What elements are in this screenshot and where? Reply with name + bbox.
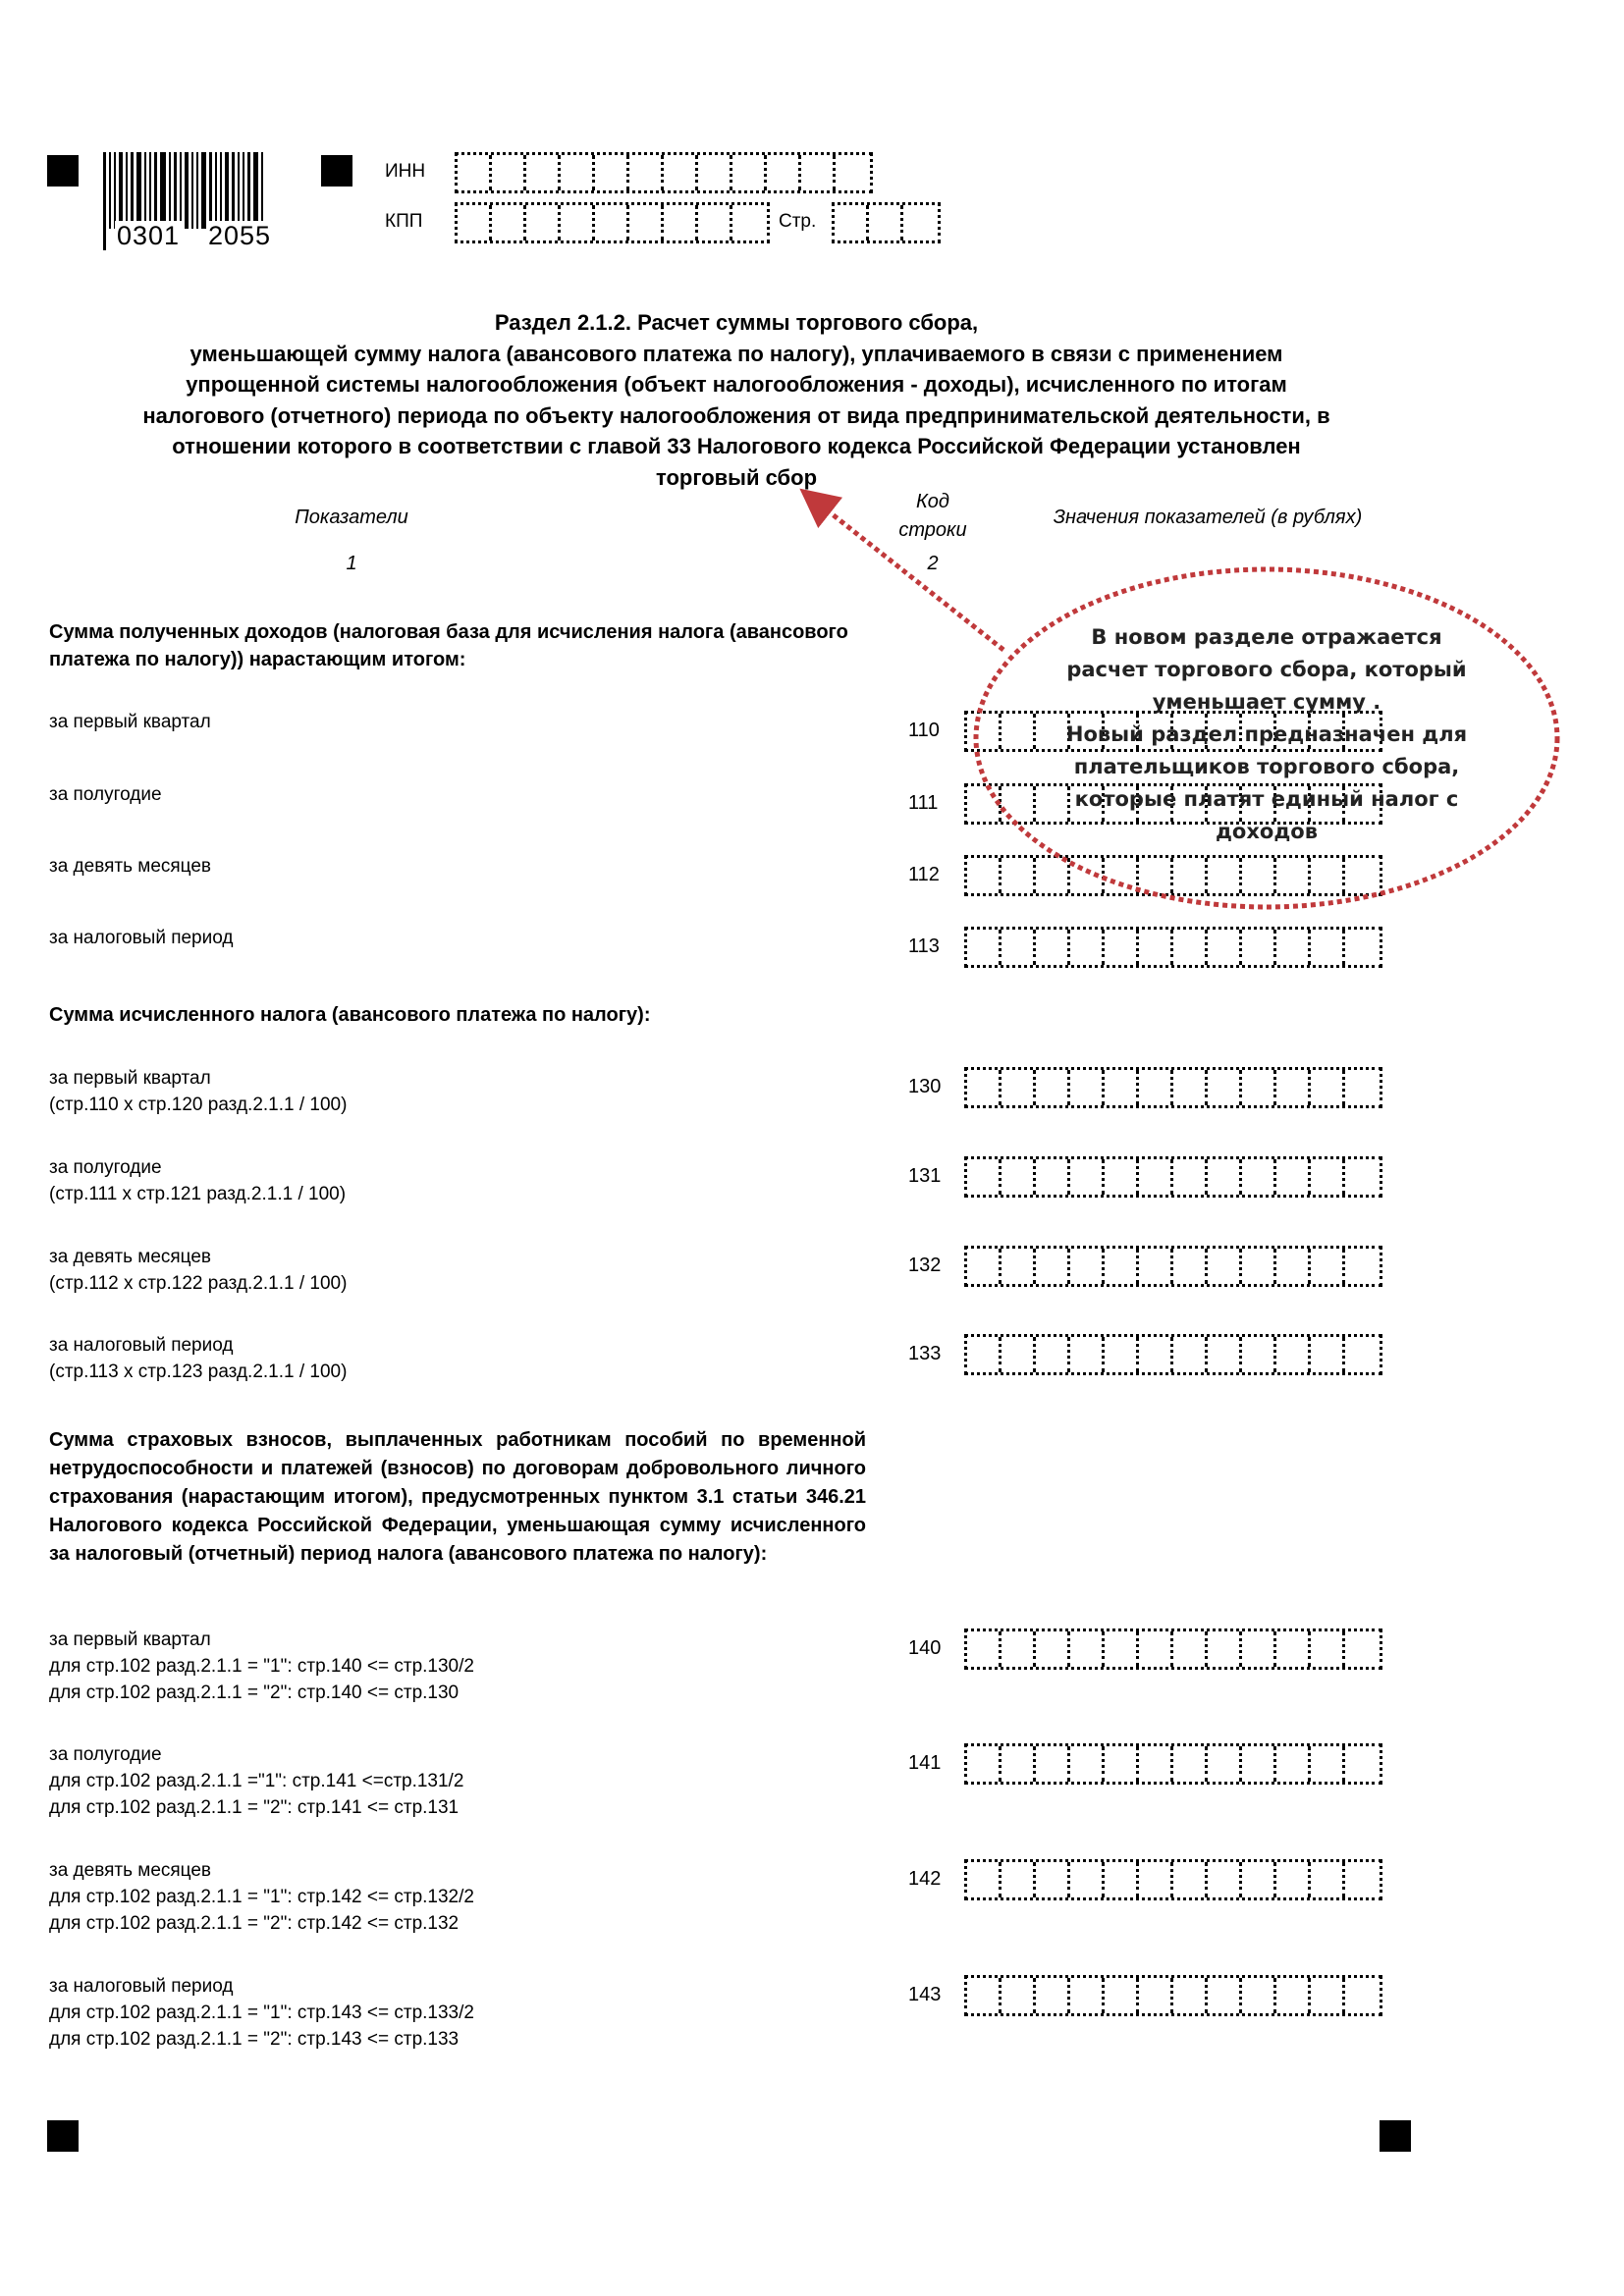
row-code: 140 (908, 1637, 962, 1660)
digit-cell[interactable] (1311, 1631, 1345, 1667)
digit-cell[interactable] (1070, 930, 1105, 965)
digit-cell[interactable] (1276, 1978, 1311, 2013)
row-formula: для стр.102 разд.2.1.1 = "2": стр.141 <=… (49, 1794, 463, 1821)
digit-cell[interactable] (1345, 1249, 1380, 1284)
row-formula: для стр.102 разд.2.1.1 ="1": стр.141 <=с… (49, 1768, 463, 1794)
digit-cell[interactable] (967, 1337, 1001, 1372)
value-field-140[interactable] (964, 1629, 1382, 1670)
value-field-132[interactable] (964, 1246, 1382, 1287)
digit-cell[interactable] (767, 155, 801, 190)
digit-cell[interactable] (967, 1249, 1001, 1284)
digit-cell[interactable] (561, 205, 595, 240)
row-formula: (стр.110 x стр.120 разд.2.1.1 / 100) (49, 1092, 347, 1118)
barcode-number-left: 0301 (115, 221, 182, 250)
digit-cell[interactable] (1345, 1978, 1380, 2013)
row-label: за налоговый периоддля стр.102 разд.2.1.… (49, 1973, 474, 2053)
digit-cell[interactable] (1036, 1070, 1070, 1105)
digit-cell[interactable] (1105, 1631, 1139, 1667)
digit-cell[interactable] (967, 1159, 1001, 1195)
digit-cell[interactable] (1001, 1631, 1036, 1667)
digit-cell[interactable] (1036, 1631, 1070, 1667)
barcode-bar (253, 152, 258, 229)
row-label: за первый квартал(стр.110 x стр.120 разд… (49, 1065, 347, 1118)
callout-line: расчет торгового сбора, который (1046, 654, 1488, 686)
digit-cell[interactable] (1345, 858, 1380, 893)
barcode-bar (144, 152, 146, 229)
row-period: за первый квартал (49, 709, 211, 735)
row-code: 113 (908, 935, 962, 958)
digit-cell[interactable] (526, 155, 561, 190)
barcode-bar (169, 152, 171, 229)
row-formula: для стр.102 разд.2.1.1 = "2": стр.140 <=… (49, 1680, 474, 1706)
row-label: за девять месяцевдля стр.102 разд.2.1.1 … (49, 1857, 474, 1937)
digit-cell[interactable] (967, 1631, 1001, 1667)
digit-cell[interactable] (1139, 1159, 1173, 1195)
digit-cell[interactable] (1139, 1746, 1173, 1782)
digit-cell[interactable] (835, 205, 869, 240)
digit-cell[interactable] (1173, 1746, 1208, 1782)
digit-cell[interactable] (1001, 858, 1036, 893)
barcode-bar (225, 152, 229, 229)
value-field-113[interactable] (964, 927, 1382, 968)
digit-cell[interactable] (1345, 1159, 1380, 1195)
row-code: 141 (908, 1752, 962, 1775)
digit-cell[interactable] (526, 205, 561, 240)
digit-cell[interactable] (492, 205, 526, 240)
column-number-2: 2 (884, 553, 982, 575)
digit-cell[interactable] (1070, 858, 1105, 893)
row-code: 142 (908, 1868, 962, 1891)
digit-cell[interactable] (1105, 1978, 1139, 2013)
row-formula: (стр.111 x стр.121 разд.2.1.1 / 100) (49, 1181, 346, 1207)
digit-cell[interactable] (903, 205, 938, 240)
row-code: 133 (908, 1343, 962, 1365)
row-label: за первый кварталдля стр.102 разд.2.1.1 … (49, 1627, 474, 1706)
digit-cell[interactable] (595, 205, 629, 240)
digit-cell[interactable] (698, 155, 732, 190)
digit-cell[interactable] (1070, 1862, 1105, 1897)
digit-cell[interactable] (1173, 1862, 1208, 1897)
digit-cell[interactable] (1311, 1249, 1345, 1284)
digit-cell[interactable] (1311, 1746, 1345, 1782)
callout-line: уменьшает сумму . (1046, 686, 1488, 719)
digit-cell[interactable] (1242, 1746, 1276, 1782)
digit-cell[interactable] (1070, 1746, 1105, 1782)
digit-cell[interactable] (1070, 1070, 1105, 1105)
row-code: 111 (908, 792, 962, 815)
digit-cell[interactable] (1276, 1631, 1311, 1667)
barcode-bar (201, 152, 206, 229)
digit-cell[interactable] (1276, 1070, 1311, 1105)
digit-cell[interactable] (1001, 1746, 1036, 1782)
row-label: за налоговый период(стр.113 x стр.123 ра… (49, 1332, 347, 1385)
digit-cell[interactable] (1242, 858, 1276, 893)
column-header-code-line1: Код (884, 491, 982, 513)
digit-cell[interactable] (967, 1978, 1001, 2013)
row-period: за налоговый период (49, 925, 233, 951)
digit-cell[interactable] (458, 155, 492, 190)
digit-cell[interactable] (1105, 1337, 1139, 1372)
row-code: 132 (908, 1255, 962, 1277)
row-code: 110 (908, 720, 962, 742)
callout-line: доходов (1046, 816, 1488, 848)
page-label: Стр. (779, 211, 816, 233)
row-label: за полугодиедля стр.102 разд.2.1.1 ="1":… (49, 1741, 463, 1821)
row-period: за налоговый период (49, 1973, 474, 2000)
column-number-1: 1 (253, 553, 450, 575)
digit-cell[interactable] (967, 714, 1001, 749)
alignment-marker-top-left (47, 155, 79, 187)
digit-cell[interactable] (1311, 858, 1345, 893)
barcode-bar (149, 152, 151, 229)
digit-cell[interactable] (869, 205, 903, 240)
digit-cell[interactable] (1105, 858, 1139, 893)
digit-cell[interactable] (1070, 1978, 1105, 2013)
digit-cell[interactable] (1001, 1070, 1036, 1105)
barcode: 0301 2055 (103, 152, 292, 250)
row-label: за налоговый период (49, 925, 233, 951)
digit-cell[interactable] (1242, 1337, 1276, 1372)
digit-cell[interactable] (1105, 1746, 1139, 1782)
digit-cell[interactable] (1173, 1978, 1208, 2013)
callout-line: В новом разделе отражается (1046, 621, 1488, 654)
digit-cell[interactable] (1276, 1337, 1311, 1372)
digit-cell[interactable] (1208, 858, 1242, 893)
digit-cell[interactable] (1311, 930, 1345, 965)
section-title: Раздел 2.1.2. Расчет суммы торгового сбо… (59, 307, 1414, 493)
value-field-143[interactable] (964, 1975, 1382, 2016)
title-line: Раздел 2.1.2. Расчет суммы торгового сбо… (59, 307, 1414, 339)
digit-cell[interactable] (1345, 1862, 1380, 1897)
digit-cell[interactable] (1345, 1746, 1380, 1782)
barcode-bar (119, 152, 123, 229)
barcode-bar (215, 152, 217, 229)
digit-cell[interactable] (1139, 1249, 1173, 1284)
barcode-bar (114, 152, 116, 229)
digit-cell[interactable] (1105, 1159, 1139, 1195)
value-field-131[interactable] (964, 1156, 1382, 1198)
barcode-number-right: 2055 (206, 221, 273, 250)
row-period: за первый квартал (49, 1065, 347, 1092)
digit-cell[interactable] (561, 155, 595, 190)
row-formula: для стр.102 разд.2.1.1 = "1": стр.142 <=… (49, 1884, 474, 1910)
row-code: 112 (908, 864, 962, 886)
row-period: за полугодие (49, 1154, 346, 1181)
digit-cell[interactable] (1242, 1070, 1276, 1105)
digit-cell[interactable] (1208, 1746, 1242, 1782)
value-field-142[interactable] (964, 1859, 1382, 1900)
digit-cell[interactable] (1242, 1862, 1276, 1897)
barcode-bar (209, 152, 212, 229)
row-code: 143 (908, 1984, 962, 2006)
row-formula: для стр.102 разд.2.1.1 = "1": стр.140 <=… (49, 1653, 474, 1680)
barcode-bar (103, 152, 106, 250)
row-formula: для стр.102 разд.2.1.1 = "2": стр.143 <=… (49, 2026, 474, 2053)
digit-cell[interactable] (1242, 1159, 1276, 1195)
alignment-marker-bottom-left (47, 2120, 79, 2152)
digit-cell[interactable] (1173, 1337, 1208, 1372)
digit-cell[interactable] (1001, 1978, 1036, 2013)
digit-cell[interactable] (698, 205, 732, 240)
row-period: за девять месяцев (49, 853, 211, 880)
digit-cell[interactable] (1001, 1862, 1036, 1897)
alignment-marker-bottom-right (1380, 2120, 1411, 2152)
title-line: налогового (отчетного) периода по объект… (59, 400, 1414, 432)
digit-cell[interactable] (1036, 1862, 1070, 1897)
row-period: за девять месяцев (49, 1244, 347, 1270)
digit-cell[interactable] (595, 155, 629, 190)
digit-cell[interactable] (1070, 1631, 1105, 1667)
value-field-112[interactable] (964, 855, 1382, 896)
row-label: за полугодие (49, 781, 162, 808)
digit-cell[interactable] (1105, 1249, 1139, 1284)
row-label: за полугодие(стр.111 x стр.121 разд.2.1.… (49, 1154, 346, 1207)
callout-line: плательщиков торгового сбора, (1046, 751, 1488, 783)
barcode-bar (243, 152, 244, 229)
digit-cell[interactable] (967, 1746, 1001, 1782)
digit-cell[interactable] (1070, 1159, 1105, 1195)
alignment-marker-top-center (321, 155, 352, 187)
digit-cell[interactable] (1139, 1978, 1173, 2013)
digit-cell[interactable] (1105, 930, 1139, 965)
digit-cell[interactable] (1173, 1070, 1208, 1105)
digit-cell[interactable] (1070, 1337, 1105, 1372)
digit-cell[interactable] (732, 205, 767, 240)
digit-cell[interactable] (1001, 714, 1036, 749)
value-field-141[interactable] (964, 1743, 1382, 1785)
section-heading: Сумма страховых взносов, выплаченных раб… (49, 1426, 866, 1569)
digit-cell[interactable] (836, 155, 870, 190)
title-line: торговый сбор (59, 462, 1414, 494)
digit-cell[interactable] (967, 1862, 1001, 1897)
digit-cell[interactable] (1276, 930, 1311, 965)
digit-cell[interactable] (629, 205, 664, 240)
row-formula: для стр.102 разд.2.1.1 = "1": стр.143 <=… (49, 2000, 474, 2026)
digit-cell[interactable] (664, 205, 698, 240)
callout-line: которые платят единый налог с (1046, 783, 1488, 816)
digit-cell[interactable] (1242, 1978, 1276, 2013)
digit-cell[interactable] (1036, 1978, 1070, 2013)
barcode-bar (191, 152, 193, 229)
row-period: за налоговый период (49, 1332, 347, 1359)
column-header-values: Значения показателей (в рублях) (1011, 507, 1404, 529)
barcode-bar (131, 152, 134, 229)
barcode-bar (160, 152, 166, 229)
digit-cell[interactable] (1208, 1249, 1242, 1284)
digit-cell[interactable] (967, 1070, 1001, 1105)
title-line: упрощенной системы налогообложения (объе… (59, 369, 1414, 400)
digit-cell[interactable] (1036, 930, 1070, 965)
row-period: за первый квартал (49, 1627, 474, 1653)
digit-cell[interactable] (967, 786, 1001, 822)
title-line: отношении которого в соответствии с глав… (59, 431, 1414, 462)
digit-cell[interactable] (1208, 1862, 1242, 1897)
callout-text: В новом разделе отражаетсярасчет торгово… (1046, 621, 1488, 848)
digit-cell[interactable] (1036, 1337, 1070, 1372)
barcode-bar (247, 152, 250, 229)
row-code: 130 (908, 1076, 962, 1098)
digit-cell[interactable] (1345, 1337, 1380, 1372)
digit-cell[interactable] (1173, 858, 1208, 893)
barcode-bar (196, 152, 198, 229)
kpp-field[interactable] (455, 202, 770, 243)
digit-cell[interactable] (1036, 1746, 1070, 1782)
row-formula: (стр.113 x стр.123 разд.2.1.1 / 100) (49, 1359, 347, 1385)
digit-cell[interactable] (1139, 930, 1173, 965)
digit-cell[interactable] (1276, 858, 1311, 893)
digit-cell[interactable] (1311, 1978, 1345, 2013)
digit-cell[interactable] (732, 155, 767, 190)
digit-cell[interactable] (1001, 1337, 1036, 1372)
digit-cell[interactable] (1345, 1070, 1380, 1105)
digit-cell[interactable] (1242, 930, 1276, 965)
digit-cell[interactable] (1173, 1159, 1208, 1195)
barcode-bar (220, 152, 222, 229)
digit-cell[interactable] (1311, 1862, 1345, 1897)
digit-cell[interactable] (1036, 1249, 1070, 1284)
digit-cell[interactable] (1001, 930, 1036, 965)
digit-cell[interactable] (1173, 1249, 1208, 1284)
row-period: за девять месяцев (49, 1857, 474, 1884)
section-heading: Сумма исчисленного налога (авансового пл… (49, 1001, 866, 1029)
digit-cell[interactable] (1208, 930, 1242, 965)
digit-cell[interactable] (1139, 1070, 1173, 1105)
digit-cell[interactable] (1242, 1249, 1276, 1284)
digit-cell[interactable] (1173, 1631, 1208, 1667)
digit-cell[interactable] (1208, 1159, 1242, 1195)
digit-cell[interactable] (967, 930, 1001, 965)
digit-cell[interactable] (1001, 1159, 1036, 1195)
digit-cell[interactable] (1276, 1862, 1311, 1897)
callout-line: Новый раздел предназначен для (1046, 719, 1488, 751)
barcode-bar (154, 152, 157, 229)
row-period: за полугодие (49, 781, 162, 808)
digit-cell[interactable] (1001, 1249, 1036, 1284)
digit-cell[interactable] (458, 205, 492, 240)
digit-cell[interactable] (1208, 1337, 1242, 1372)
digit-cell[interactable] (1208, 1070, 1242, 1105)
value-field-130[interactable] (964, 1067, 1382, 1108)
barcode-bar (136, 152, 141, 229)
row-label: за девять месяцев(стр.112 x стр.122 разд… (49, 1244, 347, 1297)
digit-cell[interactable] (1036, 1159, 1070, 1195)
row-period: за полугодие (49, 1741, 463, 1768)
digit-cell[interactable] (1311, 1070, 1345, 1105)
barcode-bar (109, 152, 111, 229)
section-heading: Сумма полученных доходов (налоговая база… (49, 618, 866, 673)
digit-cell[interactable] (1276, 1249, 1311, 1284)
digit-cell[interactable] (1139, 858, 1173, 893)
digit-cell[interactable] (967, 858, 1001, 893)
inn-field[interactable] (455, 152, 873, 193)
digit-cell[interactable] (1242, 1631, 1276, 1667)
column-header-indicators: Показатели (253, 507, 450, 529)
column-header-code-line2: строки (884, 519, 982, 542)
barcode-bar (238, 152, 240, 229)
digit-cell[interactable] (1036, 858, 1070, 893)
digit-cell[interactable] (1208, 1631, 1242, 1667)
digit-cell[interactable] (1105, 1070, 1139, 1105)
digit-cell[interactable] (1276, 1746, 1311, 1782)
barcode-bar (232, 152, 235, 229)
digit-cell[interactable] (1345, 930, 1380, 965)
digit-cell[interactable] (492, 155, 526, 190)
digit-cell[interactable] (1105, 1862, 1139, 1897)
value-field-133[interactable] (964, 1334, 1382, 1375)
digit-cell[interactable] (1070, 1249, 1105, 1284)
digit-cell[interactable] (1001, 786, 1036, 822)
digit-cell[interactable] (1173, 930, 1208, 965)
title-line: уменьшающей сумму налога (авансового пла… (59, 339, 1414, 370)
barcode-bar (126, 152, 128, 229)
row-label: за девять месяцев (49, 853, 211, 880)
digit-cell[interactable] (664, 155, 698, 190)
digit-cell[interactable] (1345, 1631, 1380, 1667)
digit-cell[interactable] (629, 155, 664, 190)
row-formula: (стр.112 x стр.122 разд.2.1.1 / 100) (49, 1270, 347, 1297)
page-number-field[interactable] (832, 202, 941, 243)
row-formula: для стр.102 разд.2.1.1 = "2": стр.142 <=… (49, 1910, 474, 1937)
row-code: 131 (908, 1165, 962, 1188)
row-label: за первый квартал (49, 709, 211, 735)
digit-cell[interactable] (1276, 1159, 1311, 1195)
digit-cell[interactable] (1139, 1631, 1173, 1667)
digit-cell[interactable] (1139, 1337, 1173, 1372)
barcode-bar (185, 152, 189, 229)
digit-cell[interactable] (1311, 1159, 1345, 1195)
digit-cell[interactable] (1311, 1337, 1345, 1372)
inn-label: ИНН (385, 161, 425, 183)
digit-cell[interactable] (1208, 1978, 1242, 2013)
kpp-label: КПП (385, 211, 422, 233)
digit-cell[interactable] (801, 155, 836, 190)
digit-cell[interactable] (1139, 1862, 1173, 1897)
